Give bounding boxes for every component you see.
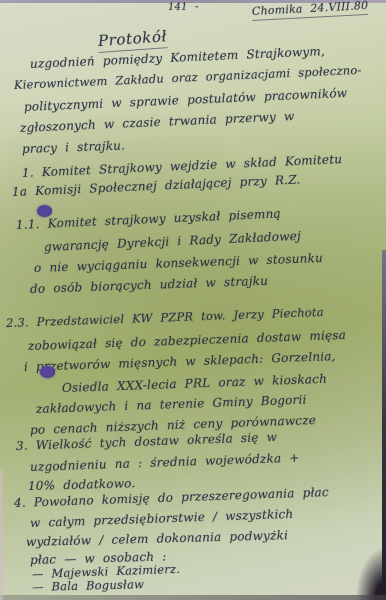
photographed-document: 141 - Chomika 24.VIII.80 Protokół uzgodn…: [0, 0, 386, 600]
handwritten-line: politycznymi w sprawie postulatów pracow…: [24, 87, 348, 113]
purple-marker-dot: [37, 205, 52, 217]
handwritten-line: zakładowych i na terenie Gminy Bogorii: [36, 394, 307, 415]
handwritten-line: Osiedla XXX-lecia PRL oraz w kioskach: [62, 373, 327, 394]
document-title: Protokół: [97, 29, 167, 49]
handwritten-line: uzgodnieniu na : średnia wojewódzka +: [30, 452, 300, 473]
purple-marker-dot: [40, 366, 55, 378]
handwritten-line: do osób biorących udział w strajku: [30, 275, 268, 295]
page-number: 141 -: [168, 2, 199, 13]
handwritten-line: w całym przedsiębiorstwie / wszystkich: [30, 508, 294, 529]
handwritten-line: 1.1. Komitet strajkowy uzyskał pisemną: [16, 207, 281, 231]
handwritten-line: 2.3. Przedstawiciel KW PZPR tow. Jerzy P…: [6, 307, 324, 330]
handwritten-line: pracy i strajku.: [22, 139, 126, 155]
handwritten-line: zgłoszonych w czasie trwania przerwy w: [20, 110, 295, 134]
handwritten-line: i przetworów mięsnych w sklepach: Gorzel…: [24, 350, 336, 373]
photo-left-border: [0, 470, 3, 600]
handwritten-line: o nie wyciąganiu konsekwencji w stosunku: [34, 252, 323, 274]
dateline-text: Chomika 24.VIII.80: [252, 0, 369, 21]
handwritten-line: 10% dodatkowo.: [28, 477, 136, 492]
signature-line: — Bala Bogusław: [32, 579, 144, 593]
photo-corner-shadow: [356, 548, 386, 600]
photo-bottom-border: [0, 595, 386, 600]
handwritten-line: wydziałów / celem dokonania podwyżki: [26, 529, 288, 548]
document-title-text: Protokół: [97, 27, 167, 53]
handwritten-line: zobowiązał się do zabezpieczenia dostaw …: [28, 329, 346, 352]
handwritten-line: gwarancję Dyrekcji i Rady Zakładowej: [44, 230, 301, 253]
